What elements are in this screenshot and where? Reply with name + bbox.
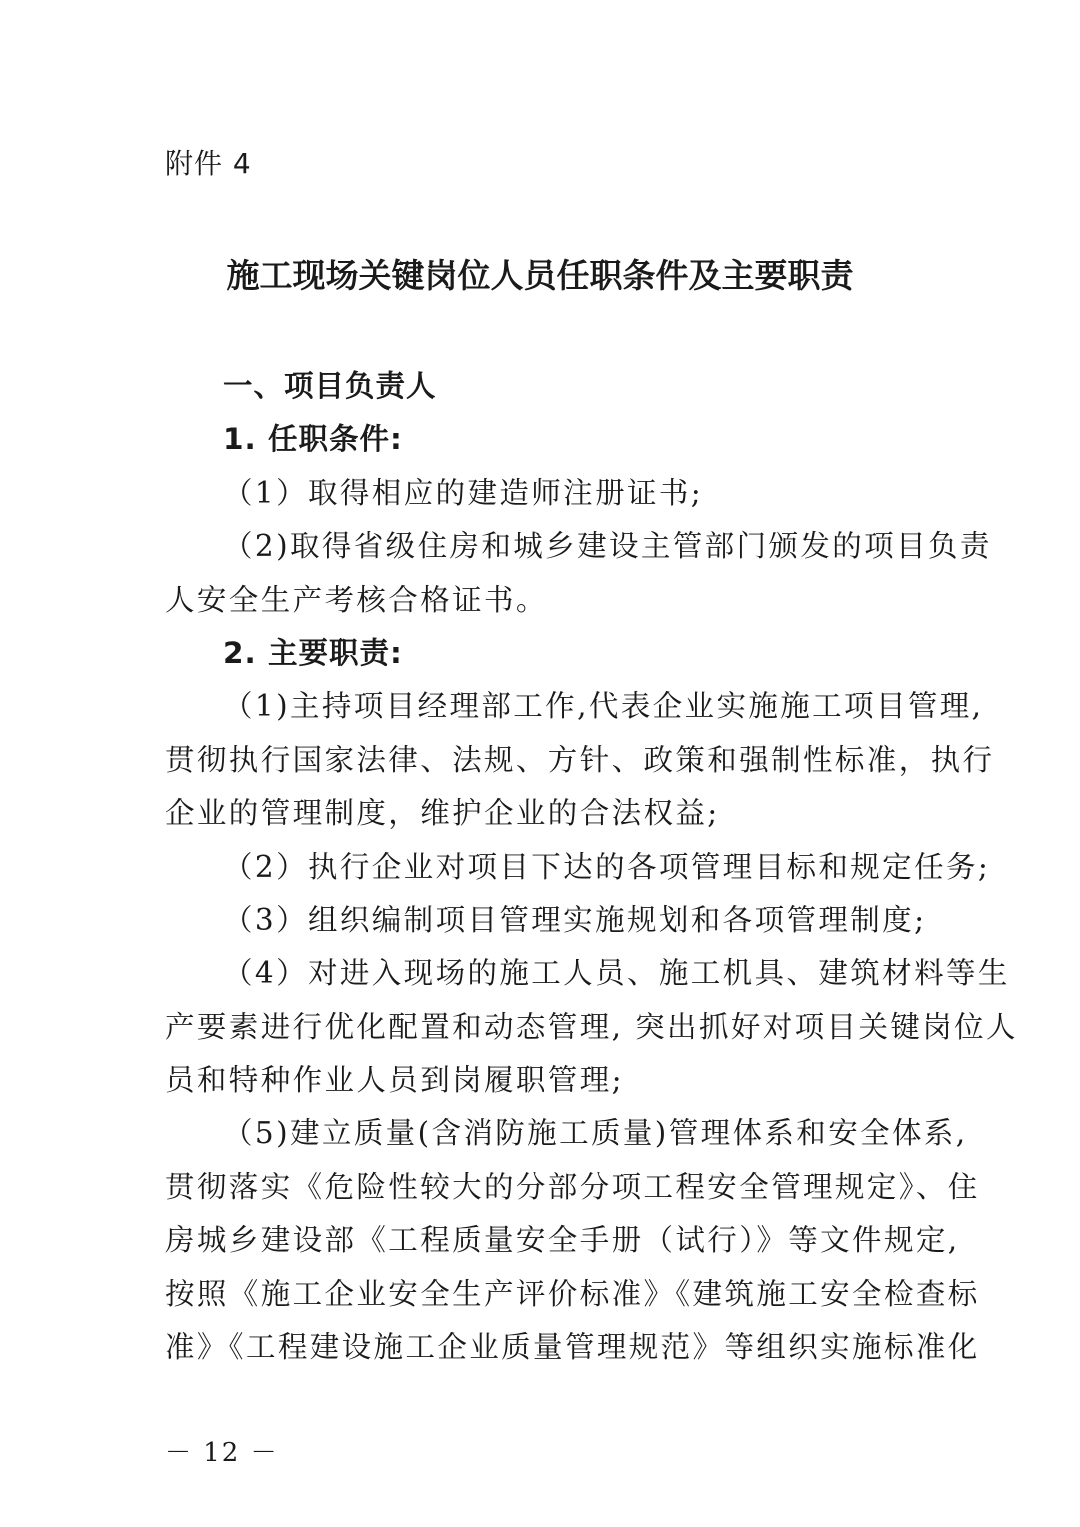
- qualification-item-2-line-2: 人安全生产考核合格证书。: [165, 574, 900, 627]
- page-number: － 12 －: [165, 1432, 279, 1469]
- duty-item-4-line-1: （4）对进入现场的施工人员、施工机具、建筑材料等生: [165, 947, 900, 1000]
- duty-item-5-line-3: 房城乡建设部《工程质量安全手册（试行）》等文件规定,: [165, 1214, 900, 1267]
- duty-item-1-line-1: （1)主持项目经理部工作,代表企业实施施工项目管理,: [165, 680, 900, 733]
- duty-item-4-line-2: 产要素进行优化配置和动态管理, 突出抓好对项目关键岗位人: [165, 1001, 900, 1054]
- duty-item-5-line-1: （5)建立质量(含消防施工质量)管理体系和安全体系,: [165, 1107, 900, 1160]
- qualification-item-2-line-1: （2)取得省级住房和城乡建设主管部门颁发的项目负责: [165, 520, 900, 573]
- duty-item-1-line-3: 企业的管理制度，维护企业的合法权益;: [165, 787, 900, 840]
- duty-item-1-line-2: 贯彻执行国家法律、法规、方针、政策和强制性标准，执行: [165, 734, 900, 787]
- duty-item-4-line-3: 员和特种作业人员到岗履职管理;: [165, 1054, 900, 1107]
- duty-item-5-line-5: 准》《工程建设施工企业质量管理规范》等组织实施标准化: [165, 1321, 900, 1374]
- duties-heading: 2. 主要职责:: [165, 627, 900, 680]
- duty-item-5-line-4: 按照《施工企业安全生产评价标准》《建筑施工安全检查标: [165, 1268, 900, 1321]
- attachment-label: 附件 4: [165, 142, 252, 182]
- duty-item-3: （3）组织编制项目管理实施规划和各项管理制度;: [165, 894, 900, 947]
- duty-item-2: （2）执行企业对项目下达的各项管理目标和规定任务;: [165, 841, 900, 894]
- qualifications-heading: 1. 任职条件:: [165, 413, 900, 466]
- section-heading: 一、项目负责人: [165, 360, 900, 413]
- document-body: 一、项目负责人 1. 任职条件: （1）取得相应的建造师注册证书; （2)取得省…: [165, 360, 900, 1374]
- document-title: 施工现场关键岗位人员任职条件及主要职责: [0, 250, 1080, 297]
- qualification-item-1: （1）取得相应的建造师注册证书;: [165, 467, 900, 520]
- duty-item-5-line-2: 贯彻落实《危险性较大的分部分项工程安全管理规定》、住: [165, 1161, 900, 1214]
